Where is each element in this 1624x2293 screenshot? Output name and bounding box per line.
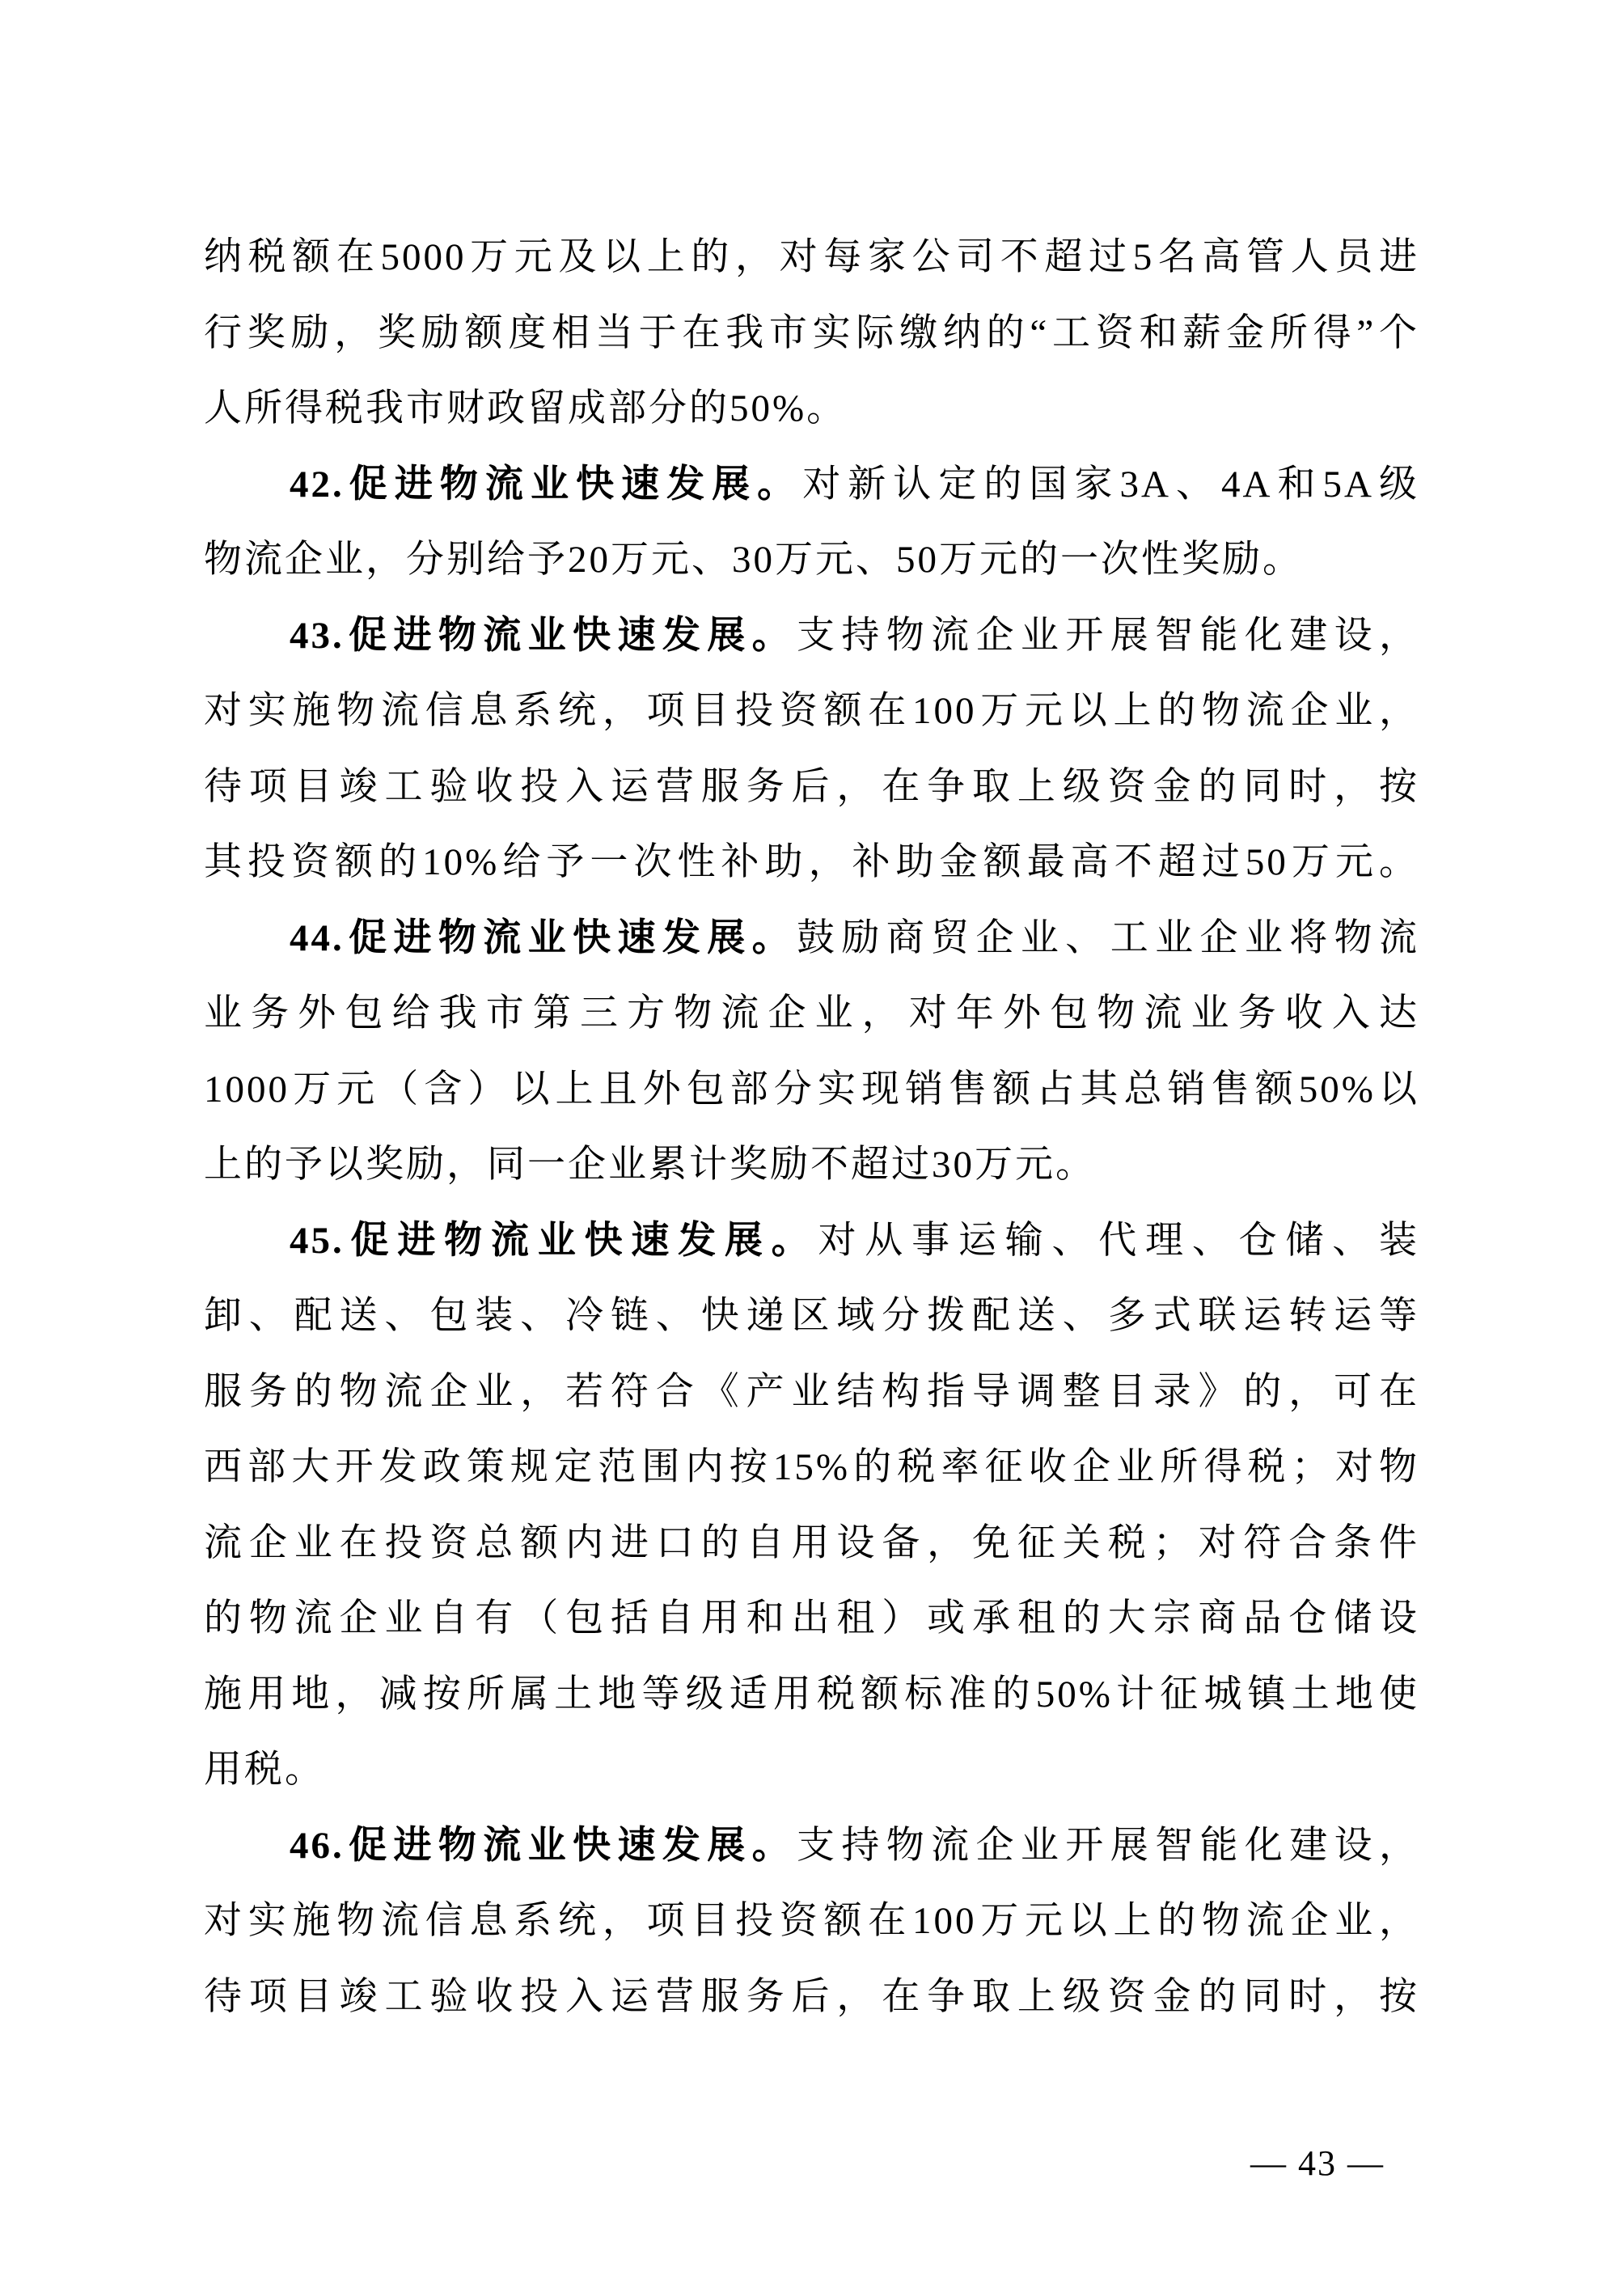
document-page: 纳税额在5000万元及以上的，对每家公司不超过5名高管人员进行奖励，奖励额度相当…: [0, 0, 1624, 2293]
text-line: 待项目竣工验收投入运营服务后，在争取上级资金的同时，按: [204, 1960, 1419, 2036]
body-text: 人所得税我市财政留成部分的50%。: [204, 387, 847, 429]
body-text: 支持物流企业开展智能化建设，: [797, 615, 1419, 657]
body-text: 卸、配送、包装、冷链、快递区域分拨配送、多式联运转运等: [204, 1295, 1419, 1337]
text-line: 卸、配送、包装、冷链、快递区域分拨配送、多式联运转运等: [204, 1279, 1419, 1355]
text-line: 人所得税我市财政留成部分的50%。: [204, 371, 1419, 447]
body-text: 业务外包给我市第三方物流企业，对年外包物流业务收入达: [204, 992, 1419, 1034]
body-text: 服务的物流企业，若符合《产业结构指导调整目录》的，可在: [204, 1371, 1419, 1413]
item-heading: 44.促进物流业快速发展。: [290, 917, 797, 959]
text-block: 纳税额在5000万元及以上的，对每家公司不超过5名高管人员进行奖励，奖励额度相当…: [204, 220, 1419, 2035]
text-line: 对实施物流信息系统，项目投资额在100万元以上的物流企业，: [204, 674, 1419, 750]
item-44: 44.促进物流业快速发展。鼓励商贸企业、工业企业将物流业务外包给我市第三方物流企…: [204, 901, 1419, 1204]
text-line: 42.促进物流业快速发展。对新认定的国家3A、4A和5A级: [204, 447, 1419, 523]
item-46: 46.促进物流业快速发展。支持物流企业开展智能化建设，对实施物流信息系统，项目投…: [204, 1809, 1419, 2036]
text-line: 施用地，减按所属土地等级适用税额标准的50%计征城镇土地使: [204, 1657, 1419, 1733]
body-text: 纳税额在5000万元及以上的，对每家公司不超过5名高管人员进: [204, 236, 1419, 278]
text-line: 46.促进物流业快速发展。支持物流企业开展智能化建设，: [204, 1809, 1419, 1885]
body-text: 西部大开发政策规定范围内按15%的税率征收企业所得税；对物: [204, 1446, 1419, 1488]
text-line: 流企业在投资总额内进口的自用设备，免征关税；对符合条件: [204, 1506, 1419, 1582]
body-text: 上的予以奖励，同一企业累计奖励不超过30万元。: [204, 1144, 1096, 1186]
text-line: 用税。: [204, 1732, 1419, 1809]
item-heading: 43.促进物流业快速发展。: [290, 615, 797, 657]
page-number: — 43 —: [1250, 2139, 1385, 2188]
text-line: 纳税额在5000万元及以上的，对每家公司不超过5名高管人员进: [204, 220, 1419, 296]
text-line: 上的予以奖励，同一企业累计奖励不超过30万元。: [204, 1127, 1419, 1204]
text-line: 43.促进物流业快速发展。支持物流企业开展智能化建设，: [204, 599, 1419, 675]
text-line: 45.促进物流业快速发展。对从事运输、代理、仓储、装: [204, 1204, 1419, 1280]
text-line: 行奖励，奖励额度相当于在我市实际缴纳的“工资和薪金所得”个: [204, 296, 1419, 372]
text-line: 1000万元（含）以上且外包部分实现销售额占其总销售额50%以: [204, 1052, 1419, 1128]
body-text: 其投资额的10%给予一次性补助，补助金额最高不超过50万元。: [204, 841, 1419, 883]
body-text: 用税。: [204, 1749, 325, 1791]
body-text: 对实施物流信息系统，项目投资额在100万元以上的物流企业，: [204, 1900, 1419, 1942]
para-continuation: 纳税额在5000万元及以上的，对每家公司不超过5名高管人员进行奖励，奖励额度相当…: [204, 220, 1419, 447]
text-line: 其投资额的10%给予一次性补助，补助金额最高不超过50万元。: [204, 825, 1419, 901]
body-text: 支持物流企业开展智能化建设，: [797, 1825, 1419, 1867]
text-line: 待项目竣工验收投入运营服务后，在争取上级资金的同时，按: [204, 750, 1419, 826]
body-text: 对新认定的国家3A、4A和5A级: [802, 463, 1419, 506]
body-text: 待项目竣工验收投入运营服务后，在争取上级资金的同时，按: [204, 1976, 1419, 2018]
body-text: 待项目竣工验收投入运营服务后，在争取上级资金的同时，按: [204, 766, 1419, 808]
item-heading: 45.促进物流业快速发展。: [290, 1220, 818, 1262]
item-42: 42.促进物流业快速发展。对新认定的国家3A、4A和5A级物流企业，分别给予20…: [204, 447, 1419, 599]
body-text: 物流企业，分别给予20万元、30万元、50万元的一次性奖励。: [204, 539, 1303, 581]
text-line: 物流企业，分别给予20万元、30万元、50万元的一次性奖励。: [204, 522, 1419, 599]
body-text: 鼓励商贸企业、工业企业将物流: [797, 917, 1419, 959]
text-line: 44.促进物流业快速发展。鼓励商贸企业、工业企业将物流: [204, 901, 1419, 977]
body-text: 对从事运输、代理、仓储、装: [818, 1220, 1419, 1262]
body-text: 对实施物流信息系统，项目投资额在100万元以上的物流企业，: [204, 690, 1419, 732]
text-line: 的物流企业自有（包括自用和出租）或承租的大宗商品仓储设: [204, 1581, 1419, 1657]
item-45: 45.促进物流业快速发展。对从事运输、代理、仓储、装卸、配送、包装、冷链、快递区…: [204, 1204, 1419, 1809]
text-line: 西部大开发政策规定范围内按15%的税率征收企业所得税；对物: [204, 1430, 1419, 1506]
body-text: 1000万元（含）以上且外包部分实现销售额占其总销售额50%以: [204, 1068, 1419, 1111]
text-line: 服务的物流企业，若符合《产业结构指导调整目录》的，可在: [204, 1355, 1419, 1431]
item-43: 43.促进物流业快速发展。支持物流企业开展智能化建设，对实施物流信息系统，项目投…: [204, 599, 1419, 901]
body-text: 的物流企业自有（包括自用和出租）或承租的大宗商品仓储设: [204, 1597, 1419, 1639]
item-heading: 46.促进物流业快速发展。: [290, 1825, 797, 1867]
text-line: 对实施物流信息系统，项目投资额在100万元以上的物流企业，: [204, 1884, 1419, 1960]
body-text: 流企业在投资总额内进口的自用设备，免征关税；对符合条件: [204, 1522, 1419, 1564]
text-line: 业务外包给我市第三方物流企业，对年外包物流业务收入达: [204, 976, 1419, 1052]
body-text: 施用地，减按所属土地等级适用税额标准的50%计征城镇土地使: [204, 1673, 1419, 1716]
body-text: 行奖励，奖励额度相当于在我市实际缴纳的“工资和薪金所得”个: [204, 312, 1419, 354]
item-heading: 42.促进物流业快速发展。: [290, 463, 802, 506]
